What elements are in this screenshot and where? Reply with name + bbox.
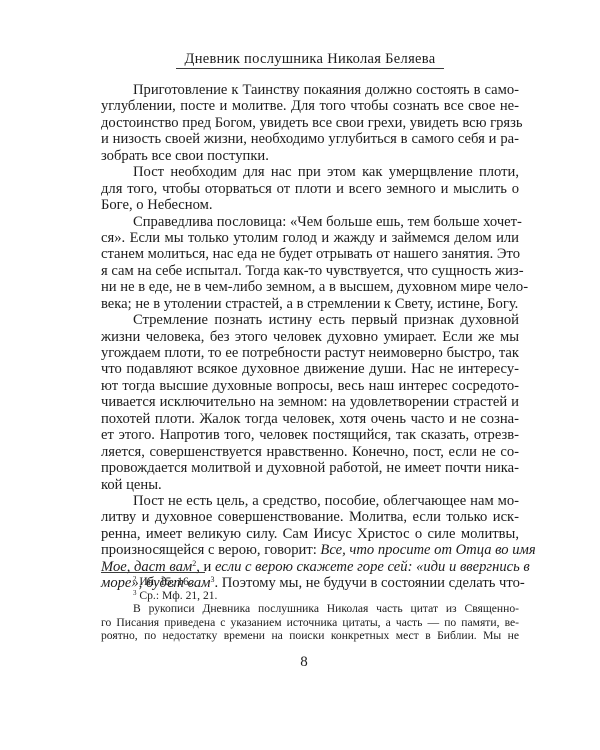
text-line: века; не в утолении страстей, а в стремл… (101, 296, 519, 312)
body-text: Приготовление к Таинству покаяния должно… (101, 82, 519, 592)
footnotes: 2 Ин. 15, 16.3 Ср.: Мф. 21, 21.В рукопис… (101, 575, 519, 643)
text-line: литву и духовное совершенствование. Моли… (101, 509, 519, 525)
editor-note-line: го Писания приведена с указанием источни… (101, 616, 519, 630)
text-line: Стремление познать истину есть первый пр… (101, 312, 519, 328)
running-head: Дневник послушника Николая Беляева (176, 51, 444, 67)
text-line: Справедлива пословица: «Чем больше ешь, … (101, 214, 519, 230)
text-line: похотей плоти. Жалок тогда человек, хотя… (101, 411, 519, 427)
text-line: чивается исключительно на земном: на удо… (101, 394, 519, 410)
book-page: Дневник послушника Николая Беляева Приго… (0, 0, 600, 750)
footnote-text: Ср.: Мф. 21, 21. (137, 589, 218, 602)
footnote-3: 3 Ср.: Мф. 21, 21. (101, 589, 519, 603)
text-line: Боге, о Небесном. (101, 197, 519, 213)
editor-note-line: В рукописи Дневника послушника Николая ч… (101, 602, 519, 616)
text-line: для того, чтобы оторваться от плоти и вс… (101, 181, 519, 197)
text-line: и низость своей жизни, необходимо углуби… (101, 131, 519, 147)
text-line: провождается молитвой и духовной работой… (101, 460, 519, 476)
text-line: ренна, имеет великую силу. Сам Иисус Хри… (101, 526, 519, 542)
text-line: углублении, посте и молитве. Для того чт… (101, 98, 519, 114)
text-line: ет этого. Напротив того, человек постящи… (101, 427, 519, 443)
page-number: 8 (290, 654, 318, 670)
text-line: произносящейся с верою, говорит: Все, чт… (101, 542, 519, 558)
text-line: ляется, совершенствуется нравственно. Ко… (101, 444, 519, 460)
footnote-text: Ин. 15, 16. (137, 575, 192, 588)
text-line: Пост не есть цель, а средство, пособие, … (101, 493, 519, 509)
text-line: ни не в еде, не в чем-либо земном, а в в… (101, 279, 519, 295)
text-line: станем молиться, нас еда не будет отрыва… (101, 246, 519, 262)
text-line: ся». Если мы только утолим голод и жажду… (101, 230, 519, 246)
footnote-rule (101, 572, 205, 573)
text-line: зобрать все свои поступки. (101, 148, 519, 164)
text-line: жизни человека, без этого человек духовн… (101, 329, 519, 345)
text-line: Приготовление к Таинству покаяния должно… (101, 82, 519, 98)
header-rule (176, 68, 444, 69)
text-line: я сам на себе испытал. Тогда как-то чувс… (101, 263, 519, 279)
text-line: что подавляют всякое духовное движение д… (101, 361, 519, 377)
footnote-2: 2 Ин. 15, 16. (101, 575, 519, 589)
text-line: угождаем плоти, то ее потребности растут… (101, 345, 519, 361)
text-line: Пост необходим для нас при этом как умер… (101, 164, 519, 180)
text-span: произносящейся с верою, говорит: (101, 542, 320, 558)
text-span: Все, что просите от Отца во имя (320, 542, 535, 558)
text-line: кой цены. (101, 477, 519, 493)
text-span: если с верою скажете горе сей: «иди и вв… (215, 559, 530, 575)
editor-note-line: роятно, по недостатку времени на поиски … (101, 629, 519, 643)
text-line: достоинство пред Богом, увидеть все свои… (101, 115, 519, 131)
text-line: ют тогда высшие духовные вопросы, весь н… (101, 378, 519, 394)
